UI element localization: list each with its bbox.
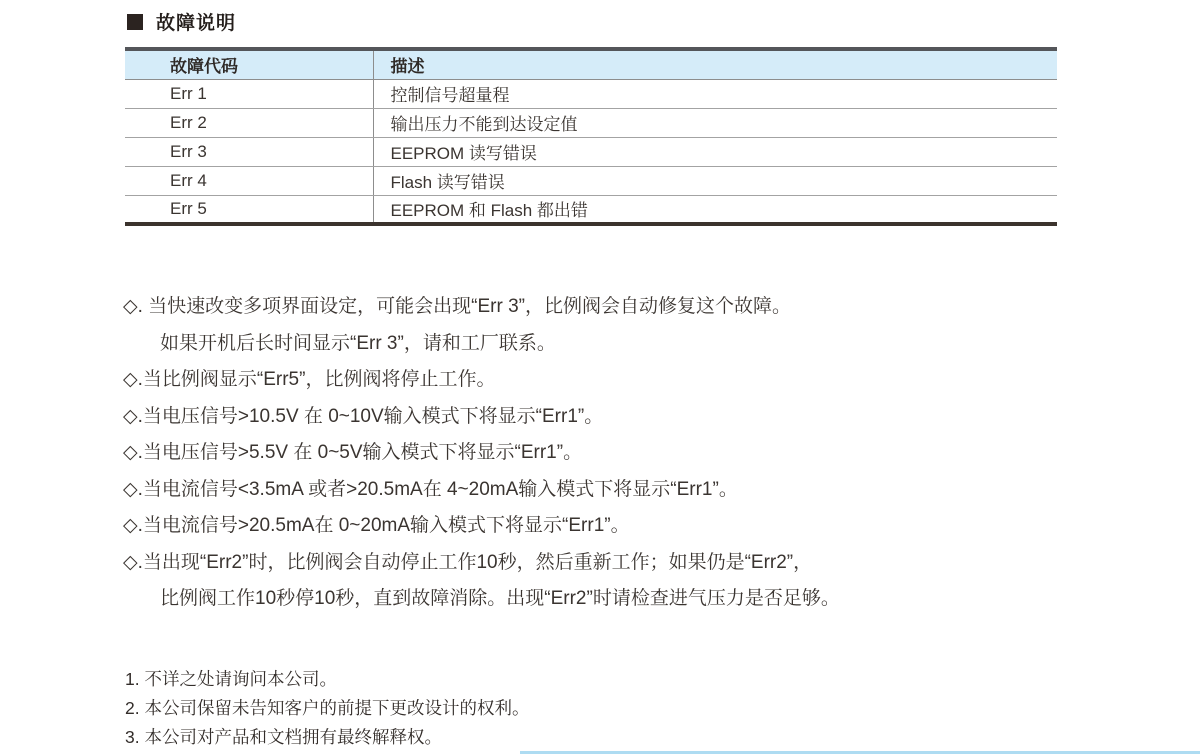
remark-line-continuation: 比例阀工作10秒停10秒，直到故障消除。出现“Err2”时请检查进气压力是否足够… xyxy=(123,581,1083,618)
fault-desc-cell: 输出压力不能到达设定值 xyxy=(373,108,1057,137)
fault-desc-cell: EEPROM 读写错误 xyxy=(373,137,1057,166)
section-marker-square-icon xyxy=(127,14,143,30)
table-row: Err 2 输出压力不能到达设定值 xyxy=(125,108,1057,137)
fault-desc-cell: Flash 读写错误 xyxy=(373,166,1057,195)
fault-code-cell: Err 4 xyxy=(125,166,373,195)
fault-code-table: 故障代码 描述 Err 1 控制信号超量程 Err 2 输出压力不能到达设定值 … xyxy=(125,47,1057,226)
table-row: Err 5 EEPROM 和 Flash 都出错 xyxy=(125,195,1057,224)
column-header-fault-code: 故障代码 xyxy=(125,49,373,79)
footer-note: 3. 本公司对产品和文档拥有最终解释权。 xyxy=(125,723,925,752)
remarks-section: ◇. 当快速改变多项界面设定，可能会出现“Err 3”，比例阀会自动修复这个故障… xyxy=(123,289,1083,618)
footer-notes-section: 1. 不详之处请询问本公司。 2. 本公司保留未告知客户的前提下更改设计的权利。… xyxy=(125,665,925,752)
table-header-row: 故障代码 描述 xyxy=(125,49,1057,79)
fault-desc-cell: 控制信号超量程 xyxy=(373,79,1057,108)
fault-code-cell: Err 1 xyxy=(125,79,373,108)
remark-line: ◇.当电压信号>5.5V 在 0~5V输入模式下将显示“Err1”。 xyxy=(123,435,1083,472)
fault-code-cell: Err 2 xyxy=(125,108,373,137)
fault-code-cell: Err 5 xyxy=(125,195,373,224)
section-title-text: 故障说明 xyxy=(156,8,236,35)
remark-line: ◇.当电流信号<3.5mA 或者>20.5mA在 4~20mA输入模式下将显示“… xyxy=(123,472,1083,509)
remark-line: ◇. 当快速改变多项界面设定，可能会出现“Err 3”，比例阀会自动修复这个故障… xyxy=(123,289,1083,326)
fault-desc-cell: EEPROM 和 Flash 都出错 xyxy=(373,195,1057,224)
footer-note: 1. 不详之处请询问本公司。 xyxy=(125,665,925,694)
remark-line: ◇.当出现“Err2”时，比例阀会自动停止工作10秒，然后重新工作；如果仍是“E… xyxy=(123,545,1083,582)
column-header-description: 描述 xyxy=(373,49,1057,79)
remark-line: ◇.当电压信号>10.5V 在 0~10V输入模式下将显示“Err1”。 xyxy=(123,399,1083,436)
remark-line: ◇.当电流信号>20.5mA在 0~20mA输入模式下将显示“Err1”。 xyxy=(123,508,1083,545)
footer-divider xyxy=(520,751,1200,754)
table-row: Err 1 控制信号超量程 xyxy=(125,79,1057,108)
footer-note: 2. 本公司保留未告知客户的前提下更改设计的权利。 xyxy=(125,694,925,723)
remark-line: ◇.当比例阀显示“Err5”，比例阀将停止工作。 xyxy=(123,362,1083,399)
table-row: Err 3 EEPROM 读写错误 xyxy=(125,137,1057,166)
remark-line-continuation: 如果开机后长时间显示“Err 3”，请和工厂联系。 xyxy=(123,326,1083,363)
fault-code-cell: Err 3 xyxy=(125,137,373,166)
table-row: Err 4 Flash 读写错误 xyxy=(125,166,1057,195)
section-title: 故障说明 xyxy=(127,8,236,35)
